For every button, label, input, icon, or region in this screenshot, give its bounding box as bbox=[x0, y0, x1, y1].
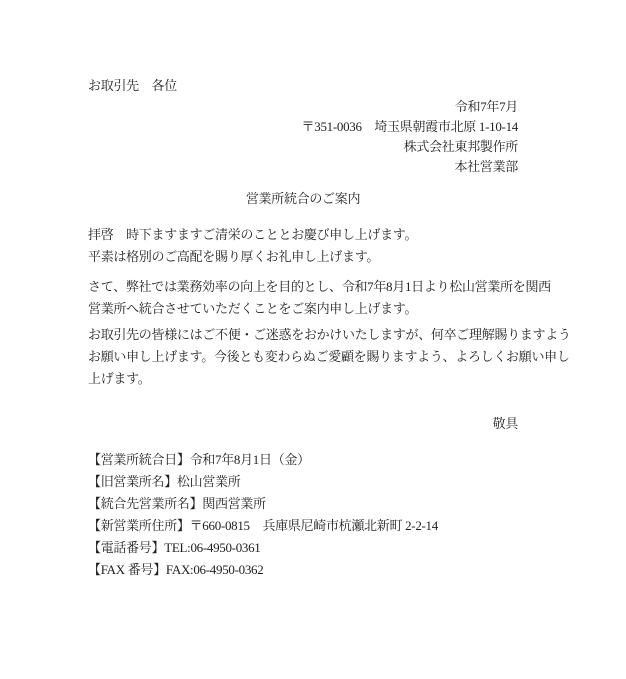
document-page: お取引先 各位 令和7年7月 〒351-0036 埼玉県朝霞市北原 1-10-1… bbox=[0, 0, 626, 679]
detail-row-old-office: 【旧営業所名】松山営業所 bbox=[88, 471, 518, 493]
detail-row-new-address: 【新営業所住所】〒660-0815 兵庫県尼崎市杭瀬北新町 2-2-14 bbox=[88, 515, 518, 537]
paragraph-request: お取引先の皆様にはご不便・ご迷惑をおかけいたしますが、何卒ご理解賜りますよう お… bbox=[88, 324, 518, 390]
closing-keigu: 敬具 bbox=[88, 414, 518, 434]
detail-row-phone: 【電話番号】TEL:06-4950-0361 bbox=[88, 537, 518, 559]
body-line: 営業所へ統合させていただくことをご案内申し上げます。 bbox=[88, 298, 518, 320]
document-title-text: 営業所統合のご案内 bbox=[88, 189, 518, 209]
detail-value: 関西営業所 bbox=[202, 496, 266, 511]
detail-value: FAX:06-4950-0362 bbox=[166, 562, 264, 577]
detail-label: 【統合先営業所名】 bbox=[88, 496, 202, 511]
date-line: 令和7年7月 bbox=[88, 97, 518, 117]
detail-label: 【電話番号】 bbox=[88, 540, 164, 555]
detail-row-consolidation-date: 【営業所統合日】令和7年8月1日（金） bbox=[88, 449, 518, 471]
sender-address-line: 〒351-0036 埼玉県朝霞市北原 1-10-14 bbox=[88, 117, 518, 137]
details-list: 【営業所統合日】令和7年8月1日（金） 【旧営業所名】松山営業所 【統合先営業所… bbox=[88, 449, 518, 581]
paragraph-greeting: 拝啓 時下ますますご清栄のこととお慶び申し上げます。 平素は格別のご高配を賜り厚… bbox=[88, 224, 518, 268]
body-line: お願い申し上げます。今後とも変わらぬご愛顧を賜りますよう、よろしくお願い申し bbox=[88, 346, 518, 368]
sender-company-line: 株式会社東邦製作所 bbox=[88, 137, 518, 157]
body-line: 拝啓 時下ますますご清栄のこととお慶び申し上げます。 bbox=[88, 224, 518, 246]
detail-value: 令和7年8月1日（金） bbox=[190, 452, 310, 467]
detail-label: 【FAX 番号】 bbox=[88, 562, 166, 577]
detail-row-fax: 【FAX 番号】FAX:06-4950-0362 bbox=[88, 559, 518, 581]
document-title: 営業所統合のご案内 bbox=[88, 189, 518, 209]
recipient-line: お取引先 各位 bbox=[88, 76, 518, 96]
body-line: 平素は格別のご高配を賜り厚くお礼申し上げます。 bbox=[88, 246, 518, 268]
body-line: さて、弊社では業務効率の向上を目的とし、令和7年8月1日より松山営業所を関西 bbox=[88, 276, 518, 298]
sender-block: 令和7年7月 〒351-0036 埼玉県朝霞市北原 1-10-14 株式会社東邦… bbox=[88, 97, 518, 177]
paragraph-announcement: さて、弊社では業務効率の向上を目的とし、令和7年8月1日より松山営業所を関西 営… bbox=[88, 276, 518, 320]
sender-department-line: 本社営業部 bbox=[88, 157, 518, 177]
detail-value: 松山営業所 bbox=[177, 474, 241, 489]
detail-row-merged-office: 【統合先営業所名】関西営業所 bbox=[88, 493, 518, 515]
detail-label: 【旧営業所名】 bbox=[88, 474, 177, 489]
detail-label: 【営業所統合日】 bbox=[88, 452, 190, 467]
recipient-text: お取引先 各位 bbox=[88, 76, 518, 96]
body-line: 上げます。 bbox=[88, 368, 518, 390]
detail-value: TEL:06-4950-0361 bbox=[164, 540, 260, 555]
body-line: お取引先の皆様にはご不便・ご迷惑をおかけいたしますが、何卒ご理解賜りますよう bbox=[88, 324, 518, 346]
detail-value: 〒660-0815 兵庫県尼崎市杭瀬北新町 2-2-14 bbox=[190, 518, 438, 533]
closing-block: 敬具 bbox=[88, 414, 518, 434]
detail-label: 【新営業所住所】 bbox=[88, 518, 190, 533]
